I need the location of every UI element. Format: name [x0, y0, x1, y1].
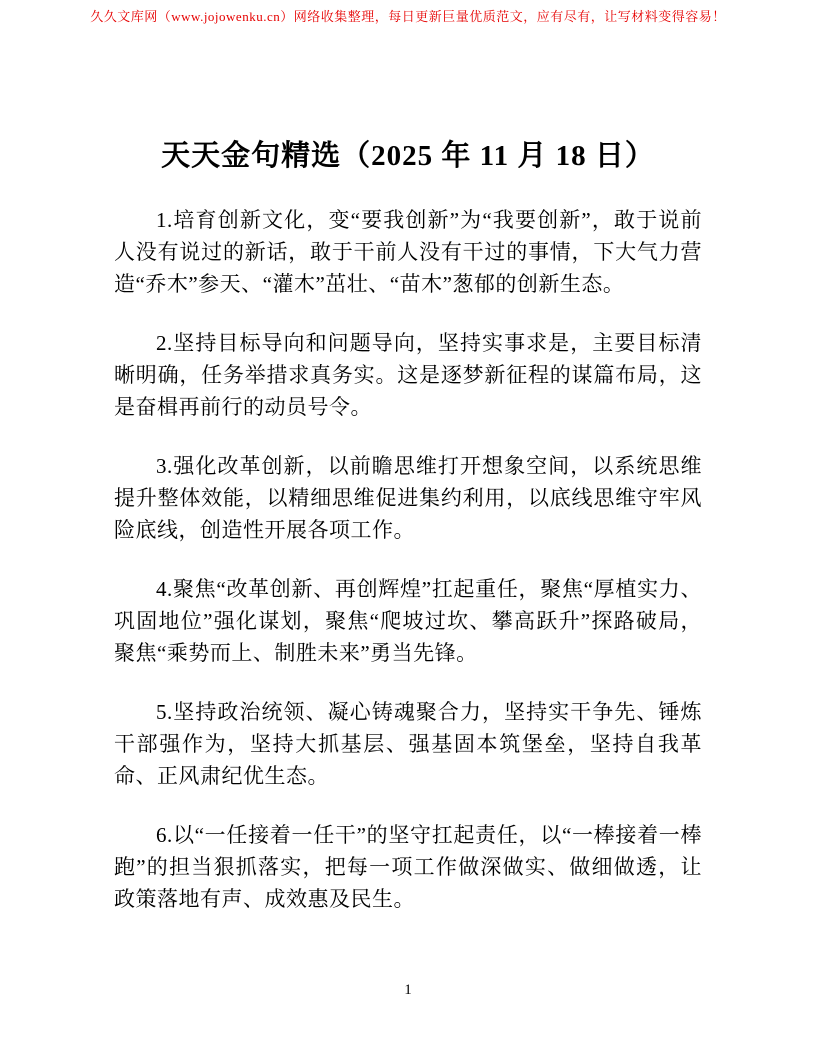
page-number: 1: [0, 982, 816, 999]
paragraph-6: 6.以“一任接着一任干”的坚守扛起责任，以“一棒接着一棒跑”的担当狠抓落实，把每…: [114, 819, 702, 915]
paragraph-2: 2.坚持目标导向和问题导向，坚持实事求是，主要目标清晰明确，任务举措求真务实。这…: [114, 327, 702, 423]
paragraph-1: 1.培育创新文化，变“要我创新”为“我要创新”，敢于说前人没有说过的新话，敢于干…: [114, 204, 702, 300]
paragraph-3: 3.强化改革创新，以前瞻思维打开想象空间，以系统思维提升整体效能，以精细思维促进…: [114, 450, 702, 546]
page-title: 天天金句精选（2025 年 11 月 18 日）: [114, 137, 702, 176]
header-watermark: 久久文库网（www.jojowenku.cn）网络收集整理，每日更新巨量优质范文…: [0, 0, 816, 25]
paragraph-4: 4.聚焦“改革创新、再创辉煌”扛起重任，聚焦“厚植实力、巩固地位”强化谋划，聚焦…: [114, 573, 702, 669]
paragraph-5: 5.坚持政治统领、凝心铸魂聚合力，坚持实干争先、锤炼干部强作为，坚持大抓基层、强…: [114, 696, 702, 792]
document-page: 久久文库网（www.jojowenku.cn）网络收集整理，每日更新巨量优质范文…: [0, 0, 816, 1056]
document-body: 天天金句精选（2025 年 11 月 18 日） 1.培育创新文化，变“要我创新…: [0, 137, 816, 915]
